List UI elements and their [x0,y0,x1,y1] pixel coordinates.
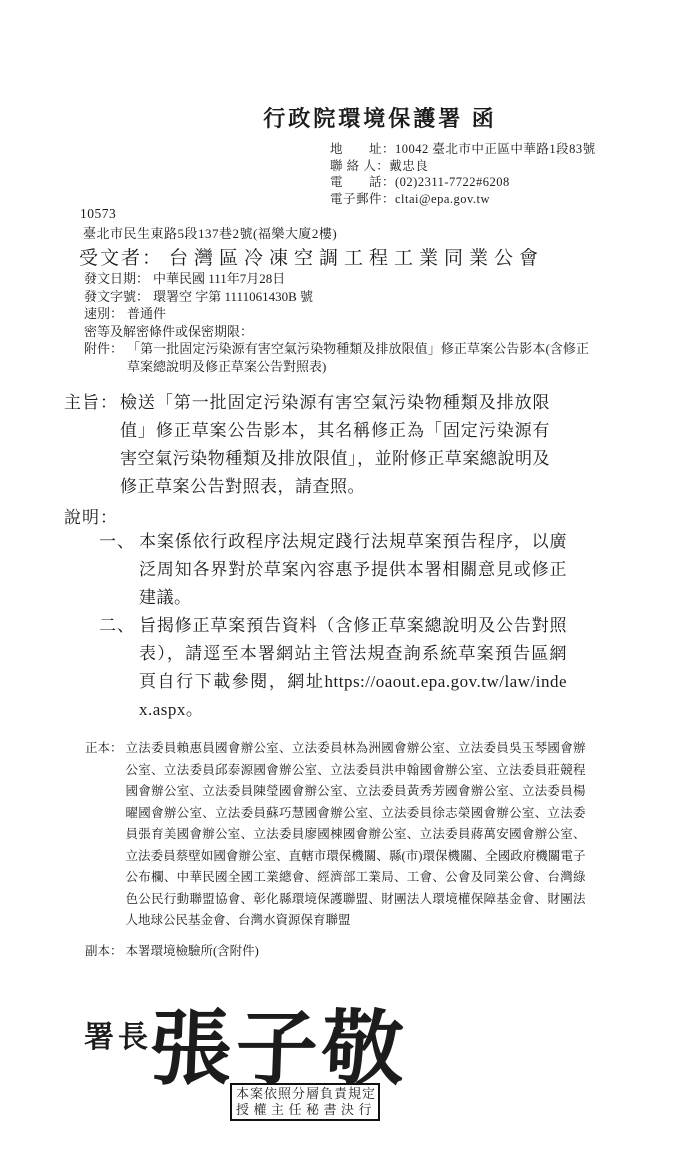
sender-contact-person-line: 聯 絡 人：戴忠良 [330,158,596,175]
attachment-label: 附件： [84,340,123,358]
cc-recipients-block: 副本： 本署環境檢驗所(含附件) [85,941,259,963]
original-recipients-block: 正本： 立法委員賴惠員國會辦公室、立法委員林為洲國會辦公室、立法委員吳玉琴國會辦… [85,738,586,932]
doc-number-label: 發文字號： [84,288,149,306]
doc-number-value: 環署空 字第 1111061430B 號 [153,288,313,306]
subject-block: 主旨： 檢送「第一批固定污染源有害空氣污染物種類及排放限值」修正草案公告影本，其… [64,389,550,501]
stamp-line-2: 授權主任秘書決行 [236,1102,374,1118]
explanation-label: 說明： [64,503,118,528]
attachment-row: 附件： 「第一批固定污染源有害空氣污染物種類及排放限值」修正草案公告影本(含修正… [84,340,584,375]
recipient-label: 受文者： [79,248,163,269]
signer-title: 署長 [84,1012,152,1056]
cc-recipients-list: 本署環境檢驗所(含附件) [126,941,259,963]
meta-block: 發文日期： 中華民國 111年7月28日 發文字號： 環署空 字第 111106… [84,270,584,375]
subject-text: 檢送「第一批固定污染源有害空氣污染物種類及排放限值」修正草案公告影本，其名稱修正… [120,389,550,501]
attachment-value: 「第一批固定污染源有害空氣污染物種類及排放限值」修正草案公告影本(含修正草案總說… [127,340,589,375]
explanation-item-1: 一、 本案係依行政程序法規定踐行法規草案預告程序，以廣泛周知各界對於草案內容惠予… [99,528,567,612]
scanned-official-letter: 行政院環境保護署 函 地 址：10042 臺北市中正區中華路1段83號 聯 絡 … [0,0,700,1153]
sender-email-line: 電子郵件：cltai@epa.gov.tw [330,191,596,208]
reference-number: 10573 [80,206,116,222]
doc-number-row: 發文字號： 環署空 字第 1111061430B 號 [84,288,584,306]
original-recipients-list: 立法委員賴惠員國會辦公室、立法委員林為洲國會辦公室、立法委員吳玉琴國會辦公室、立… [126,738,586,932]
speed-value: 普通件 [127,305,166,323]
security-row: 密等及解密條件或保密期限： [84,323,584,341]
issue-date-row: 發文日期： 中華民國 111年7月28日 [84,270,584,288]
explanation-item-2: 二、 旨揭修正草案預告資料（含修正草案總說明及公告對照表），請逕至本署網站主管法… [99,612,567,724]
recipient-address: 臺北市民生東路5段137巷2號(福樂大廈2樓) [83,223,337,242]
speed-row: 速別： 普通件 [84,305,584,323]
issue-date-label: 發文日期： [84,270,149,288]
explanation-item-2-marker: 二、 [99,612,135,640]
cc-recipients-label: 副本： [85,941,123,963]
speed-label: 速別： [84,305,123,323]
document-title: 行政院環境保護署 函 [60,102,700,133]
recipient-name: 台灣區冷凍空調工程工業同業公會 [169,248,544,269]
sender-phone-line: 電 話：(02)2311-7722#6208 [330,174,596,191]
sender-address-line: 地 址：10042 臺北市中正區中華路1段83號 [330,141,596,158]
original-recipients-label: 正本： [85,738,123,760]
explanation-item-2-text: 旨揭修正草案預告資料（含修正草案總說明及公告對照表），請逕至本署網站主管法規查詢… [139,612,567,724]
stamp-line-1: 本案依照分層負責規定 [236,1086,374,1102]
explanation-item-1-text: 本案係依行政程序法規定踐行法規草案預告程序，以廣泛周知各界對於草案內容惠予提供本… [139,528,567,612]
delegation-authority-stamp: 本案依照分層負責規定 授權主任秘書決行 [230,1083,380,1121]
recipient-line: 受文者：台灣區冷凍空調工程工業同業公會 [79,243,544,270]
explanation-item-1-marker: 一、 [99,528,135,556]
issue-date-value: 中華民國 111年7月28日 [153,270,285,288]
sender-contact-block: 地 址：10042 臺北市中正區中華路1段83號 聯 絡 人：戴忠良 電 話：(… [330,141,596,207]
subject-label: 主旨： [64,389,118,417]
security-label: 密等及解密條件或保密期限： [84,323,253,341]
